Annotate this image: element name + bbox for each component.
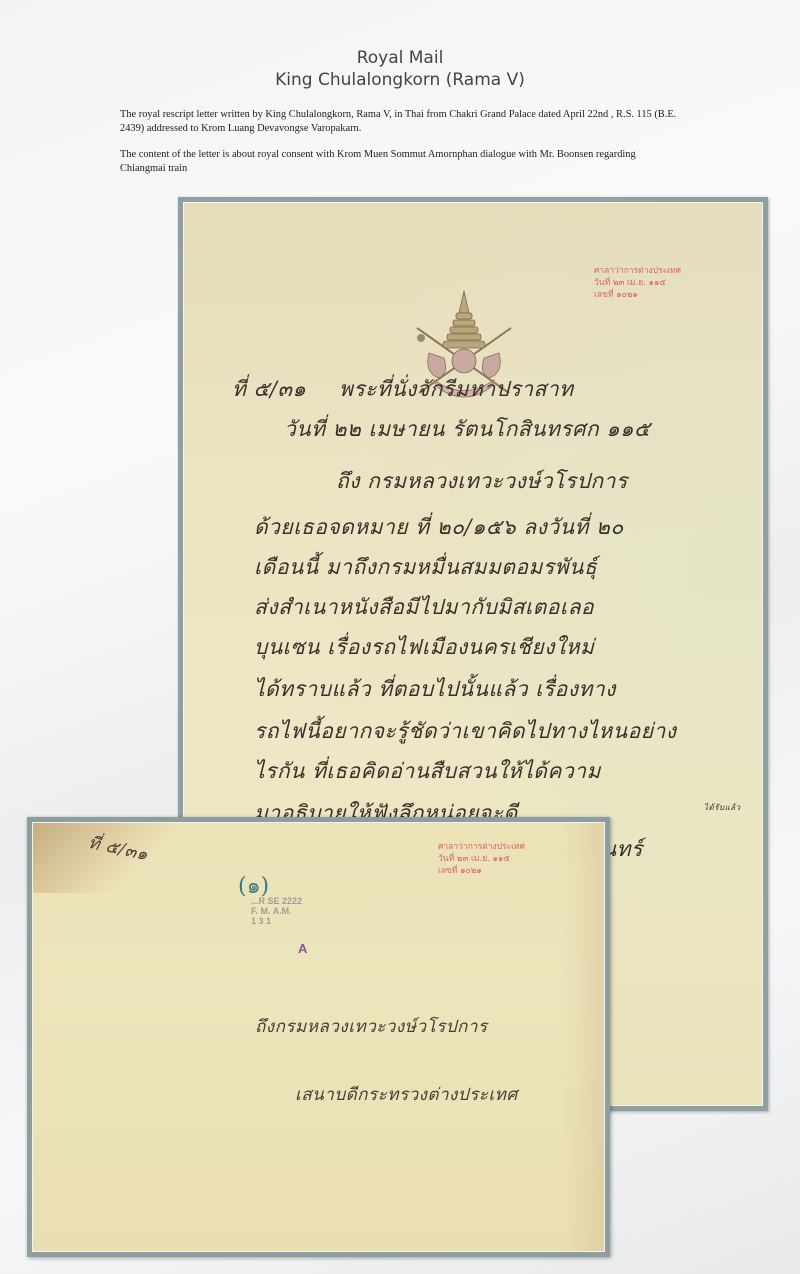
stamp-line: ศาลาว่าการต่างประเทศ (438, 841, 525, 853)
letter-line: ด้วยเธอจดหมาย ที่ ๒๐/๑๕๖ ลงวันที่ ๒๐ (254, 511, 624, 544)
page-subtitle: King Chulalongkorn (Rama V) (0, 70, 800, 90)
letter-line: ไรกัน ที่เธอคิดอ่านสืบสวนให้ได้ความ (254, 755, 601, 788)
letter-ref-number: ที่ ๕/๓๑ (232, 373, 306, 406)
stamp-line: ศาลาว่าการต่างประเทศ (594, 265, 681, 277)
envelope-address-line: ถึงกรมหลวงเทวะวงษ์วโรปการ (255, 1013, 488, 1040)
stamp-line: เลขที่ ๑๐๒๑ (594, 289, 681, 301)
description-paragraph-1: The royal rescript letter written by Kin… (120, 108, 680, 136)
letter-line: วันที่ ๒๒ เมษายน รัตนโกสินทรศก ๑๑๕ (284, 413, 650, 446)
envelope: ที่ ๕/๓๑ (๑) ...R SE 2222 F. M. A.M. 1 3… (27, 817, 610, 1257)
letter-line: ส่งสำเนาหนังสือมีไปมากับมิสเตอเลอ (254, 591, 594, 624)
postmark: ...R SE 2222 F. M. A.M. 1 3 1 (251, 896, 302, 926)
postmark-line: F. M. A.M. (251, 906, 302, 916)
purple-mark: A (298, 941, 307, 956)
letter-line: ได้ทราบแล้ว ที่ตอบไปนั้นแล้ว เรื่องทาง (254, 673, 616, 706)
letter-receipt-stamp: ศาลาว่าการต่างประเทศ วันที่ ๒๓ เม.ย. ๑๑๕… (594, 265, 681, 301)
envelope-ref-number: ที่ ๕/๓๑ (86, 829, 151, 868)
envelope-paper: ที่ ๕/๓๑ (๑) ...R SE 2222 F. M. A.M. 1 3… (32, 822, 605, 1252)
stamp-line: วันที่ ๒๓ เม.ย. ๑๑๕ (438, 853, 525, 865)
stamp-line: เลขที่ ๑๐๒๑ (438, 865, 525, 877)
description-paragraph-2: The content of the letter is about royal… (120, 148, 680, 176)
letter-line: รถไฟนี้อยากจะรู้ชัดว่าเขาคิดไปทางไหนอย่า… (254, 715, 677, 748)
postmark-line: ...R SE 2222 (251, 896, 302, 906)
envelope-receipt-stamp: ศาลาว่าการต่างประเทศ วันที่ ๒๓ เม.ย. ๑๑๕… (438, 841, 525, 877)
letter-line: เดือนนี้ มาถึงกรมหมื่นสมมตอมรพันธุ์ (254, 551, 597, 584)
page-title: Royal Mail (0, 48, 800, 68)
envelope-address-line: เสนาบดีกระทรวงต่างประเทศ (295, 1081, 518, 1108)
stamp-line: วันที่ ๒๓ เม.ย. ๑๑๕ (594, 277, 681, 289)
margin-note: ได้รับแล้ว (704, 801, 741, 814)
letter-line: บุนเซน เรื่องรถไฟเมืองนครเชียงใหม่ (254, 631, 594, 664)
letter-line: ถึง กรมหลวงเทวะวงษ์วโรปการ (336, 465, 628, 498)
postmark-line: 1 3 1 (251, 916, 302, 926)
letter-line: พระที่นั่งจักรีมหาปราสาท (339, 373, 573, 406)
